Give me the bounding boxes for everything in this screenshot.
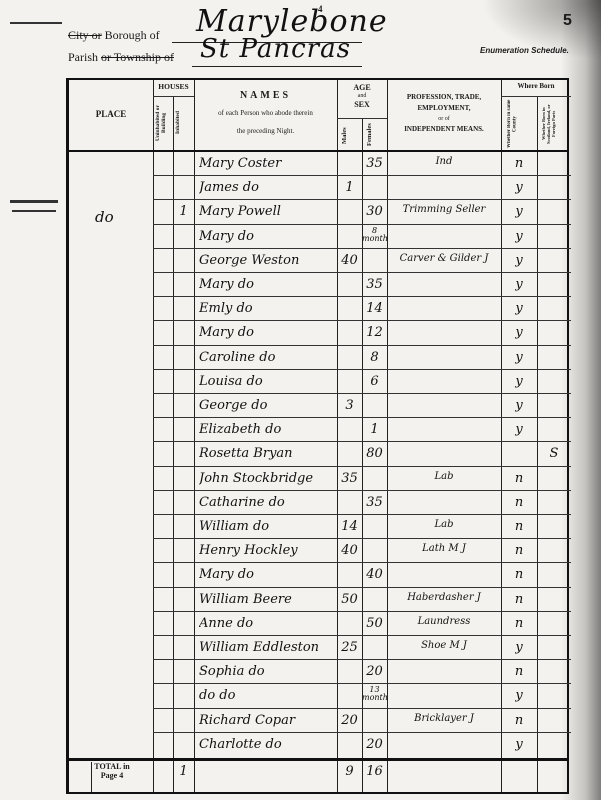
total-rule	[69, 758, 567, 761]
age-female: 12	[362, 325, 387, 340]
divider	[153, 96, 194, 97]
born-same-county: n	[501, 156, 537, 171]
binder-mark	[12, 210, 56, 212]
schedule-number: 5	[563, 12, 572, 30]
borough-label: Borough of	[105, 28, 160, 42]
profession: Haberdasher J	[389, 592, 499, 603]
table-row: Charlotte do20y	[69, 733, 567, 757]
person-name: do do	[199, 688, 337, 703]
age-female: 20	[362, 737, 387, 752]
table-row: Richard Copar20Bricklayer Jn	[69, 709, 567, 733]
borough-line: City or Borough of	[68, 28, 160, 43]
person-name: Rosetta Bryan	[199, 446, 337, 461]
table-row: Mary do12y	[69, 321, 567, 345]
born-same-county: n	[501, 495, 537, 510]
person-name: William Eddleston	[199, 640, 337, 655]
census-table: PLACE HOUSES Uninhabited or Building Inh…	[66, 78, 569, 794]
age-female: 1	[362, 422, 387, 437]
born-same-county: y	[501, 398, 537, 413]
born-same-county: y	[501, 374, 537, 389]
person-name: Charlotte do	[199, 737, 337, 752]
person-name: Henry Hockley	[199, 543, 337, 558]
age-male: 3	[337, 398, 362, 413]
born-same-county: n	[501, 664, 537, 679]
born-foreign: S	[537, 446, 571, 461]
profession: Shoe M J	[389, 640, 499, 651]
table-row: Mary do40n	[69, 563, 567, 587]
col-age-and: and	[337, 93, 387, 100]
age-female: 35	[362, 277, 387, 292]
col-sex: SEX	[337, 101, 387, 110]
col-age: AGE	[337, 84, 387, 93]
parish-line: Parish or Township of	[68, 50, 174, 65]
table-row: Catharine do35n	[69, 491, 567, 515]
divider	[501, 96, 571, 97]
struck-city-label: City or	[68, 28, 102, 42]
total-males: 9	[337, 764, 362, 779]
person-name: John Stockbridge	[199, 471, 337, 486]
born-same-county: n	[501, 471, 537, 486]
person-name: Richard Copar	[199, 713, 337, 728]
col-houses: HOUSES	[153, 83, 194, 91]
table-row: Elizabeth do1y	[69, 418, 567, 442]
age-male: 35	[337, 471, 362, 486]
age-female: 14	[362, 301, 387, 316]
table-row: Louisa do6y	[69, 370, 567, 394]
person-name: George Weston	[199, 253, 337, 268]
born-same-county: y	[501, 688, 537, 703]
born-same-county: y	[501, 253, 537, 268]
person-name: Mary do	[199, 277, 337, 292]
total-label: TOTAL in Page 4	[73, 763, 151, 781]
age-female: 80	[362, 446, 387, 461]
col-females: Females	[366, 122, 382, 148]
person-name: George do	[199, 398, 337, 413]
table-row: George Weston40Carver & Gilder Jy	[69, 249, 567, 273]
table-row: Mary do35y	[69, 273, 567, 297]
born-same-county: n	[501, 543, 537, 558]
age-female: 40	[362, 567, 387, 582]
table-row: George do3y	[69, 394, 567, 418]
age-male: 40	[337, 543, 362, 558]
age-female: 50	[362, 616, 387, 631]
born-same-county: y	[501, 422, 537, 437]
table-row: William do14Labn	[69, 515, 567, 539]
table-row: Mary do8 monthsy	[69, 225, 567, 249]
col-uninhabited: Uninhabited or Building	[155, 100, 171, 146]
table-row: Caroline do8y	[69, 346, 567, 370]
col-names-sub2: the preceding Night.	[194, 128, 337, 136]
age-female: 30	[362, 204, 387, 219]
total-label-line2: Page 4	[73, 772, 151, 781]
age-male: 14	[337, 519, 362, 534]
parish-underline	[192, 66, 362, 67]
table-row: James do1y	[69, 176, 567, 200]
person-name: Caroline do	[199, 350, 337, 365]
born-same-county: y	[501, 277, 537, 292]
person-name: Catharine do	[199, 495, 337, 510]
person-name: Elizabeth do	[199, 422, 337, 437]
person-name: Louisa do	[199, 374, 337, 389]
person-name: Emly do	[199, 301, 337, 316]
col-profession-2: EMPLOYMENT,	[387, 105, 501, 113]
col-place: PLACE	[69, 110, 153, 120]
profession: Lab	[389, 519, 499, 530]
age-female: 6	[362, 374, 387, 389]
age-male: 25	[337, 640, 362, 655]
col-inhabited: Inhabited	[175, 100, 191, 146]
person-name: Sophia do	[199, 664, 337, 679]
table-row: 1Mary Powell30Trimming Sellery	[69, 200, 567, 224]
born-same-county: y	[501, 229, 537, 244]
age-female: 35	[362, 495, 387, 510]
page-marker: 4	[318, 4, 323, 14]
total-females: 16	[362, 764, 387, 779]
profession: Lath M J	[389, 543, 499, 554]
person-name: James do	[199, 180, 337, 195]
born-same-county: y	[501, 640, 537, 655]
col-where-born: Where Born	[501, 83, 571, 91]
born-same-county: y	[501, 180, 537, 195]
person-name: Mary do	[199, 325, 337, 340]
person-name: Mary do	[199, 567, 337, 582]
col-profession-3: or of	[387, 116, 501, 123]
col-born-same-county: Whether Born in same County	[507, 99, 531, 149]
table-row: Henry Hockley40Lath M Jn	[69, 539, 567, 563]
table-row: William Beere50Haberdasher Jn	[69, 588, 567, 612]
table-row: William Eddleston25Shoe M Jy	[69, 636, 567, 660]
person-name: William do	[199, 519, 337, 534]
born-same-county: n	[501, 592, 537, 607]
table-row: Rosetta Bryan80S	[69, 442, 567, 466]
born-same-county: n	[501, 713, 537, 728]
age-female: 8	[362, 350, 387, 365]
col-born-foreign: Whether Born in Scotland, Ireland, or Fo…	[542, 99, 568, 149]
table-row: Sophia do20n	[69, 660, 567, 684]
person-name: Mary Coster	[199, 156, 337, 171]
parish-label: Parish	[68, 50, 98, 64]
col-names-sub1: of each Person who abode therein	[194, 110, 337, 118]
born-same-county: n	[501, 519, 537, 534]
binder-mark	[10, 22, 62, 24]
binder-mark	[10, 200, 58, 203]
profession: Carver & Gilder J	[389, 253, 499, 264]
age-female: 8 months	[362, 227, 387, 243]
profession: Trimming Seller	[389, 204, 499, 215]
age-male: 20	[337, 713, 362, 728]
divider	[337, 118, 387, 119]
profession: Bricklayer J	[389, 713, 499, 724]
table-row: do do13 monthsy	[69, 684, 567, 708]
table-row: Anne do50Laundressn	[69, 612, 567, 636]
struck-township-label: or Township of	[101, 50, 174, 64]
col-profession-4: INDEPENDENT MEANS.	[387, 126, 501, 134]
profession: Ind	[389, 156, 499, 167]
age-female: 13 months	[362, 686, 387, 702]
born-same-county: y	[501, 204, 537, 219]
born-same-county: n	[501, 567, 537, 582]
born-same-county: y	[501, 737, 537, 752]
parish-value: St Pancras	[200, 34, 351, 64]
age-female: 35	[362, 156, 387, 171]
born-same-county: y	[501, 325, 537, 340]
total-inhabited: 1	[173, 764, 194, 779]
profession: Laundress	[389, 616, 499, 627]
born-same-county: y	[501, 350, 537, 365]
table-row: Emly do14y	[69, 297, 567, 321]
table-row: Mary Coster35Indn	[69, 152, 567, 176]
schedule-label: Enumeration Schedule.	[480, 46, 569, 55]
born-same-county: y	[501, 301, 537, 316]
age-male: 50	[337, 592, 362, 607]
census-page: City or Borough of Marylebone 4 Parish o…	[0, 0, 601, 800]
house-mark: 1	[173, 204, 194, 219]
col-names: NAMES	[194, 90, 337, 101]
profession: Lab	[389, 471, 499, 482]
age-male: 40	[337, 253, 362, 268]
born-same-county: n	[501, 616, 537, 631]
col-profession-1: PROFESSION, TRADE,	[387, 94, 501, 102]
person-name: Anne do	[199, 616, 337, 631]
col-males: Males	[341, 124, 357, 148]
person-name: Mary Powell	[199, 204, 337, 219]
person-name: William Beere	[199, 592, 337, 607]
person-name: Mary do	[199, 229, 337, 244]
age-female: 20	[362, 664, 387, 679]
table-row: John Stockbridge35Labn	[69, 467, 567, 491]
age-male: 1	[337, 180, 362, 195]
